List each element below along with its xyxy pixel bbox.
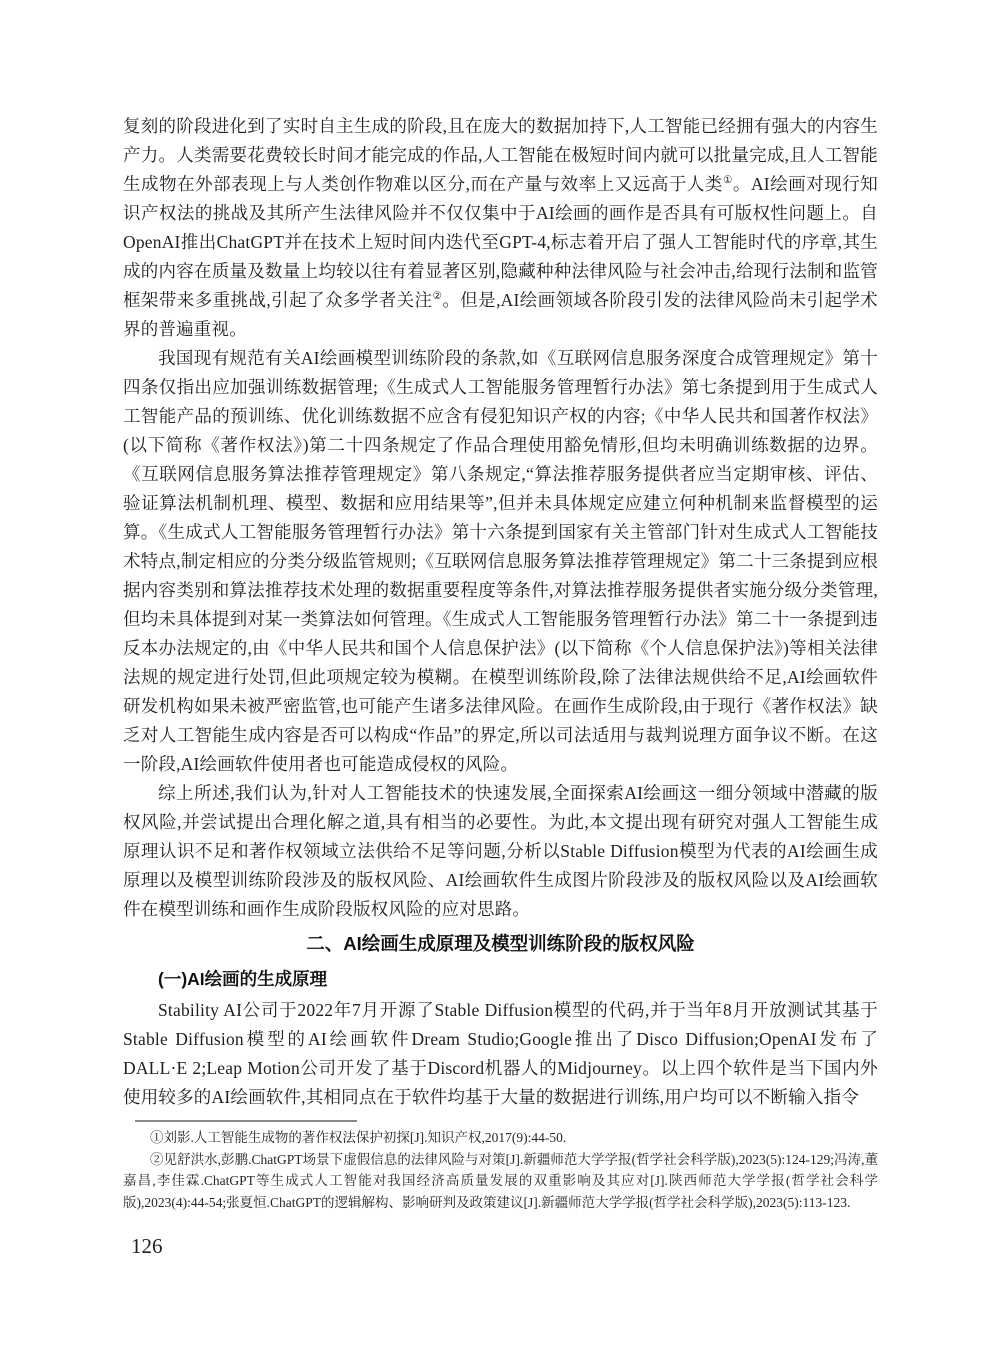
subsection-heading: (一)AI绘画的生成原理	[123, 962, 878, 996]
page-number: 126	[131, 1234, 163, 1259]
section-heading: 二、AI绘画生成原理及模型训练阶段的版权风险	[123, 928, 878, 960]
footnote-divider	[135, 1120, 357, 1122]
body-paragraph: Stability AI公司于2022年7月开源了Stable Diffusio…	[123, 996, 878, 1112]
body-text-lower: Stability AI公司于2022年7月开源了Stable Diffusio…	[123, 996, 878, 1112]
body-paragraph: 我国现有规范有关AI绘画模型训练阶段的条款,如《互联网信息服务深度合成管理规定》…	[123, 344, 878, 779]
footnotes: ①刘影.人工智能生成物的著作权法保护初探[J].知识产权,2017(9):44-…	[123, 1127, 878, 1213]
footnote-ref: ①	[723, 175, 733, 186]
footnote: ①刘影.人工智能生成物的著作权法保护初探[J].知识产权,2017(9):44-…	[123, 1127, 878, 1149]
body-paragraph: 综上所述,我们认为,针对人工智能技术的快速发展,全面探索AI绘画这一细分领域中潜…	[123, 779, 878, 924]
footnote: ②见舒洪水,彭鹏.ChatGPT场景下虚假信息的法律风险与对策[J].新疆师范大…	[123, 1149, 878, 1214]
document-page: 复刻的阶段进化到了实时自主生成的阶段,且在庞大的数据加持下,人工智能已经拥有强大…	[0, 0, 1000, 1347]
body-text-upper: 复刻的阶段进化到了实时自主生成的阶段,且在庞大的数据加持下,人工智能已经拥有强大…	[123, 112, 878, 924]
body-paragraph: 复刻的阶段进化到了实时自主生成的阶段,且在庞大的数据加持下,人工智能已经拥有强大…	[123, 112, 878, 344]
footnote-ref: ②	[432, 291, 442, 302]
